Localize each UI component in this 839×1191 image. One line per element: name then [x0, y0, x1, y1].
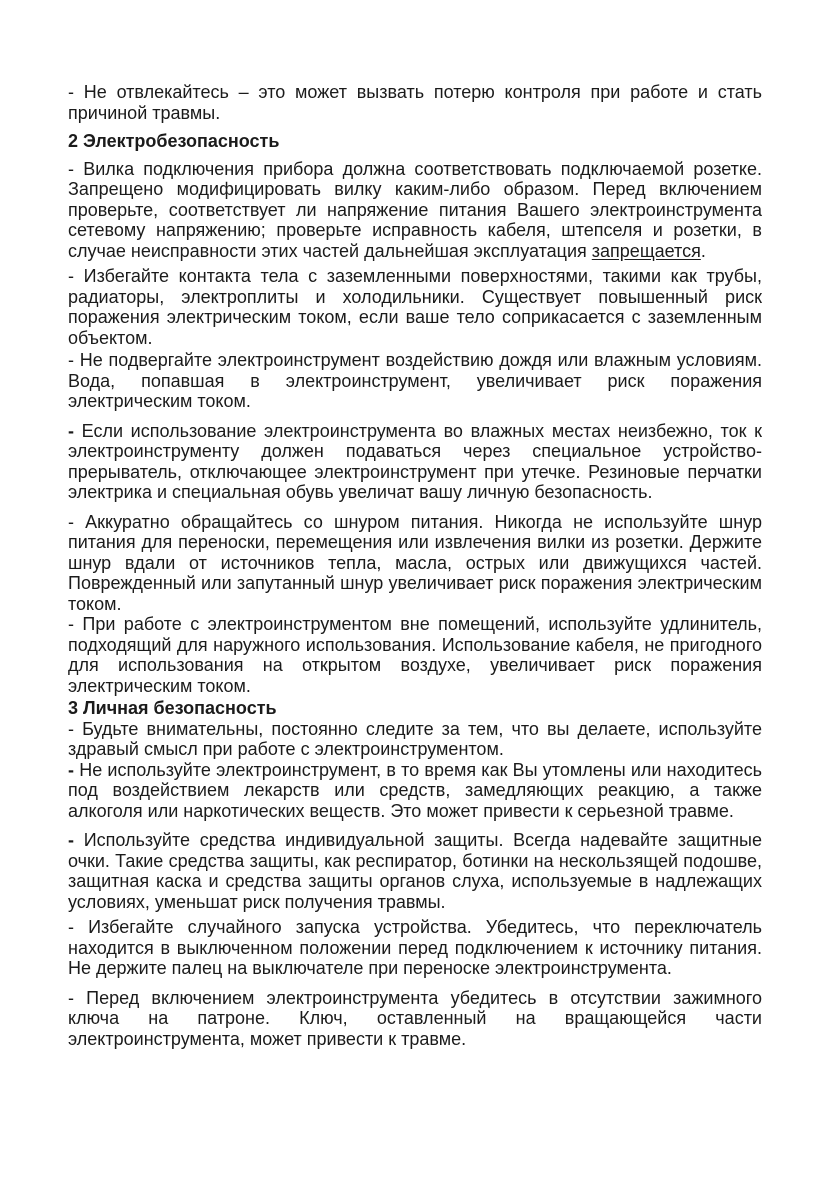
- document-page: - Не отвлекайтесь – это может вызвать по…: [0, 0, 839, 1191]
- list-dash: -: [68, 421, 74, 441]
- paragraph-distraction-warning: - Не отвлекайтесь – это может вызвать по…: [68, 82, 762, 123]
- paragraph-power-cord-care: - Аккуратно обращайтесь со шнуром питани…: [68, 512, 762, 615]
- list-dash: -: [68, 266, 74, 286]
- paragraph-rain-exposure: - Не подвергайте электроинструмент возде…: [68, 350, 762, 412]
- list-dash: -: [68, 719, 74, 739]
- underlined-word: запрещается: [592, 241, 701, 261]
- section-heading-personal-safety: 3 Личная безопасность: [68, 698, 762, 719]
- paragraph-grounded-surfaces: - Избегайте контакта тела с заземленными…: [68, 266, 762, 348]
- list-dash: -: [68, 350, 74, 370]
- list-dash: -: [68, 830, 74, 850]
- paragraph-chuck-key: - Перед включением электроинструмента уб…: [68, 988, 762, 1050]
- page-content: - Не отвлекайтесь – это может вызвать по…: [68, 82, 762, 1049]
- paragraph-outdoor-extension: - При работе с электроинструментом вне п…: [68, 614, 762, 696]
- list-dash: -: [68, 82, 74, 102]
- paragraph-wet-locations: - Если использование электроинструмента …: [68, 421, 762, 503]
- paragraph-text-after: .: [701, 241, 706, 261]
- paragraph-text: Аккуратно обращайтесь со шнуром питания.…: [68, 512, 762, 614]
- paragraph-text: При работе с электроинструментом вне пом…: [68, 614, 762, 696]
- paragraph-text: Если использование электроинструмента во…: [68, 421, 762, 503]
- list-dash: -: [68, 917, 74, 937]
- list-dash: -: [68, 512, 74, 532]
- paragraph-fatigue-warning: - Не используйте электроинструмент, в то…: [68, 760, 762, 822]
- paragraph-protective-equipment: - Используйте средства индивидуальной за…: [68, 830, 762, 912]
- list-dash: -: [68, 159, 74, 179]
- paragraph-text: Не отвлекайтесь – это может вызвать поте…: [68, 82, 762, 123]
- list-dash: -: [68, 614, 74, 634]
- list-dash: -: [68, 988, 74, 1008]
- paragraph-text: Избегайте случайного запуска устройства.…: [68, 917, 762, 978]
- paragraph-text: Не используйте электроинструмент, в то в…: [68, 760, 762, 821]
- paragraph-text: Используйте средства индивидуальной защи…: [68, 830, 762, 912]
- paragraph-plug-requirements: - Вилка подключения прибора должна соотв…: [68, 159, 762, 262]
- section-heading-electrical-safety: 2 Электробезопасность: [68, 131, 762, 152]
- paragraph-text: Будьте внимательны, постоянно следите за…: [68, 719, 762, 760]
- paragraph-accidental-start: - Избегайте случайного запуска устройств…: [68, 917, 762, 979]
- paragraph-text: Избегайте контакта тела с заземленными п…: [68, 266, 762, 348]
- paragraph-text: Перед включением электроинструмента убед…: [68, 988, 762, 1049]
- paragraph-text: Не подвергайте электроинструмент воздейс…: [68, 350, 762, 411]
- list-dash: -: [68, 760, 74, 780]
- paragraph-stay-alert: - Будьте внимательны, постоянно следите …: [68, 719, 762, 760]
